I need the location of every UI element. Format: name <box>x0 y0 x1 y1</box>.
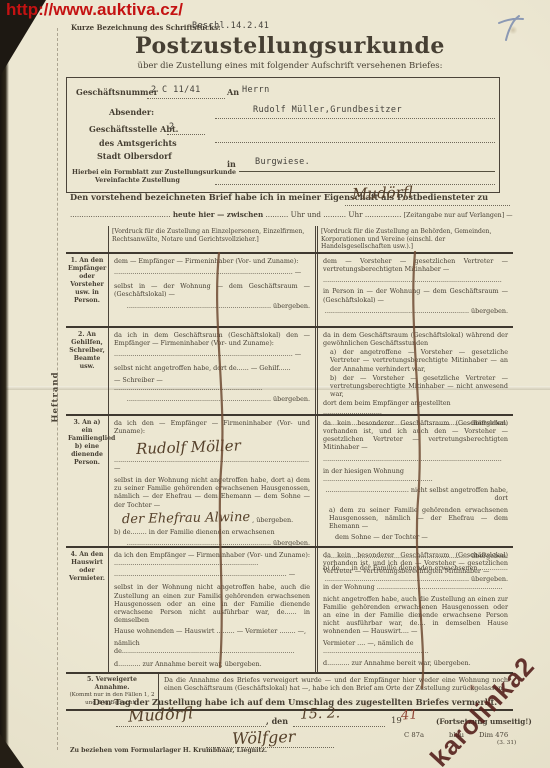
row5-text: Da die Annahme des Briefes verweigert wu… <box>164 676 508 693</box>
address-box: Geschäftsnummer 2 C 11/41 An Herrn Absen… <box>66 77 500 193</box>
dots: .......... <box>323 210 346 219</box>
declaration-line2: ........................................… <box>70 210 514 219</box>
row3-right-cell: da kein besonderer Geschäftsraum (Geschä… <box>315 416 513 546</box>
row2-left-p4: — Schreiber — ..........................… <box>114 376 310 392</box>
row4-right-cell: da kein besonderer Geschäftsraum (Geschä… <box>315 548 513 672</box>
row4-left-p5: nämlich de..............................… <box>114 639 310 655</box>
row2-label: 2. An Gehilfen, Schreiber, Beamte usw. <box>66 328 108 414</box>
row2-left-cell: da ich in dem Geschäftsraum (Geschäftslo… <box>108 328 315 414</box>
address-dotted-line <box>215 142 495 143</box>
table-row-3: 3. An a) ein Familienglied b) eine diene… <box>66 414 513 546</box>
form-note1: Hierbei ein Formblatt zur Zustellungsurk… <box>72 169 236 176</box>
row1-right-p1: dem — Vorsteher — gesetzlichen Vertreter… <box>323 257 508 273</box>
row1-right-p2: ........................................… <box>323 276 508 284</box>
row4-left-p1: da ich den Empfänger — Firmeninhaber (Vo… <box>114 551 310 567</box>
row3-left-p1: da ich den — Empfänger — Firmeninhaber (… <box>114 419 310 435</box>
row1-left-p4: ........................................… <box>114 302 310 310</box>
court-line1: des Amtsgerichts <box>99 138 177 148</box>
footer-place-line <box>116 726 266 727</box>
case-number-value: 2 C 11/41 <box>151 85 201 95</box>
row3-right-p3: in der hiesigen Wohnung ................… <box>323 467 508 483</box>
scanned-form-page: Heftrand Kurze Bezeichnung des Schriftst… <box>0 0 550 768</box>
row3-left-p2: ........................................… <box>114 456 310 472</box>
row2-right-p1: da in dem Geschäftsraum (Geschäftslokal)… <box>323 331 508 347</box>
form-subtitle: über die Zustellung eines mit folgender … <box>70 61 510 71</box>
declaration-line1: Den vorstehend bezeichneten Brief habe i… <box>70 192 488 202</box>
in-label: in <box>227 159 236 169</box>
row2-right-p4: dort dem beim Empfänger angestellten ...… <box>323 399 508 415</box>
footer-den-label: , den <box>266 716 288 726</box>
row5-label-main: 5. Verweigerte Annahme. <box>87 676 137 691</box>
column-headers: [Vordruck für die Zustellung an Einzelpe… <box>66 226 513 252</box>
row2-left-p3: selbst nicht angetroffen habe, dort de..… <box>114 364 310 372</box>
row3-right-p4: ........................................… <box>323 486 508 502</box>
row4-right-p5: d........... zur Annahme bereit war, übe… <box>323 659 508 667</box>
row4-label: 4. An den Hauswirt oder Vermieter. <box>66 548 108 672</box>
table-row-4: 4. An den Hauswirt oder Vermieter. da ic… <box>66 546 513 672</box>
row4-left-p6: d........... zur Annahme bereit war, übe… <box>114 660 310 668</box>
row3-left-p4: , übergeben. <box>252 516 293 524</box>
signature-handwriting: Wölfger <box>232 727 296 748</box>
row4-left-p4: Hause wohnenden — Hauswirt ......... — V… <box>114 627 310 635</box>
row3-left-hwline: der Ehefrau Alwine , übergeben. <box>122 512 310 526</box>
declaration-place-line <box>345 205 510 206</box>
row4-right-p1: da kein besonderer Geschäftsraum (Geschä… <box>323 551 508 576</box>
footer-year-handwriting: 41 <box>400 707 418 723</box>
row2-left-p2: ........................................… <box>114 350 310 358</box>
lead-dots: ........................................… <box>70 210 171 219</box>
form-title: Postzustellungsurkunde <box>70 33 510 59</box>
row3-recipient-handwriting: Rudolf Möller <box>136 435 310 458</box>
row1-left-cell: dem — Empfänger — Firmeninhaber (Vor- un… <box>108 254 315 326</box>
print-code-3: (3. 31) <box>497 740 516 746</box>
sender-label: Absender: <box>109 107 154 117</box>
office-dept-value: 2 <box>169 122 175 132</box>
heftrand-margin-label: Heftrand <box>51 371 61 422</box>
an-label: An <box>227 87 239 97</box>
row1-left-p3: selbst in — der Wohnung — dem Geschäftsr… <box>114 282 310 298</box>
supplier-imprint: Zu beziehen vom Formularlager H. Krumbha… <box>70 747 267 754</box>
row3-right-p1: da kein besonderer Geschäftsraum (Geschä… <box>323 419 508 452</box>
footer-place-handwriting: Mudörfl <box>128 703 194 725</box>
row4-left-p3: selbst in der Wohnung nicht angetroffen … <box>114 583 310 624</box>
row3-left-p3: selbst in der Wohnung nicht angetroffen … <box>114 476 310 509</box>
uhr-und-text: Uhr und <box>291 210 321 219</box>
case-number-line <box>147 98 225 99</box>
declaration-place-handwriting: Mudörfl <box>352 183 413 203</box>
row1-label: 1. An den Empfänger oder Vorsteher usw. … <box>66 254 108 326</box>
row1-right-cell: dem — Vorsteher — gesetzlichen Vertreter… <box>315 254 513 326</box>
row3-wife-handwriting: der Ehefrau Alwine <box>122 511 250 528</box>
row3-right-p2: ........................................… <box>323 455 508 463</box>
row4-right-p3: nicht angetroffen habe, auch die Zustell… <box>323 595 508 636</box>
form-note2: Vereinfachte Zustellung <box>95 177 180 184</box>
dots: .......... <box>266 210 289 219</box>
row1-right-p3: in Person in — der Wohnung — dem Geschäf… <box>323 287 508 303</box>
row1-left-p2: ........................................… <box>114 268 310 276</box>
an-herrn-typed: Herrn <box>242 85 270 95</box>
footer-date-line <box>293 726 385 727</box>
footer-date-handwriting: 15. 2. <box>300 705 341 722</box>
case-number-label: Geschäftsnummer <box>76 87 158 97</box>
scan-edge-left <box>0 0 9 768</box>
row2-left-p1: da ich in dem Geschäftsraum (Geschäftslo… <box>114 331 310 347</box>
row4-right-p2: in der Wohnung .........................… <box>323 583 508 591</box>
short-description-typed-value: Beschl.14.2.41 <box>192 21 269 31</box>
row1-left-p1: dem — Empfänger — Firmeninhaber (Vor- un… <box>114 257 310 265</box>
row2-right-cell: da in dem Geschäftsraum (Geschäftslokal)… <box>315 328 513 414</box>
dept-line <box>167 134 205 135</box>
place-underline <box>239 171 495 172</box>
recipient-line <box>215 118 495 119</box>
heute-hier-text: heute hier — zwischen <box>173 210 263 219</box>
table-row-2: 2. An Gehilfen, Schreiber, Beamte usw. d… <box>66 326 513 414</box>
place-typed: Burgwiese. <box>255 157 310 167</box>
row3-right-p5: a) dem zu seiner Familie gehörenden erwa… <box>329 506 508 531</box>
row4-right-p4: Vermieter .... —, nämlich de ...........… <box>323 639 508 655</box>
dots: ................ <box>365 210 402 219</box>
row3-left-cell: da ich den — Empfänger — Firmeninhaber (… <box>108 416 315 546</box>
delivery-table: [Vordruck für die Zustellung an Einzelpe… <box>66 226 513 711</box>
row4-left-cell: da ich den Empfänger — Firmeninhaber (Vo… <box>108 548 315 672</box>
header-gutter <box>66 226 108 252</box>
court-line2: Stadt Olbersdorf <box>97 151 172 161</box>
office-dept-label: Geschäftsstelle Abt. <box>89 124 178 134</box>
row2-left-p5: ........................................… <box>114 395 310 403</box>
uhr-text: Uhr <box>348 210 362 219</box>
row2-right-p3: b) der — Vorsteher — gesetzliche Vertret… <box>330 374 508 399</box>
table-row-1: 1. An den Empfänger oder Vorsteher usw. … <box>66 252 513 326</box>
row3-left-p5: b) de........ in der Familie dienenden e… <box>114 528 310 536</box>
time-note: [Zeitangabe nur auf Verlangen] — <box>404 212 513 219</box>
auction-url-watermark: http://www.auktiva.cz/ <box>6 0 183 20</box>
column-header-left: [Vordruck für die Zustellung an Einzelpe… <box>108 226 315 252</box>
row4-left-p2: ........................................… <box>114 570 310 578</box>
row1-right-p4: ........................................… <box>323 307 508 315</box>
row2-right-p2: a) der angetroffene — Vorsteher — gesetz… <box>330 348 508 373</box>
print-code-1: C 87a <box>404 731 424 739</box>
row3-label: 3. An a) ein Familienglied b) eine diene… <box>66 416 108 546</box>
recipient-typed: Rudolf Müller,Grundbesitzer <box>253 105 402 115</box>
column-header-right: [Vordruck für die Zustellung an Behörden… <box>315 226 513 252</box>
row3-left-p6: ........................................… <box>114 539 310 547</box>
